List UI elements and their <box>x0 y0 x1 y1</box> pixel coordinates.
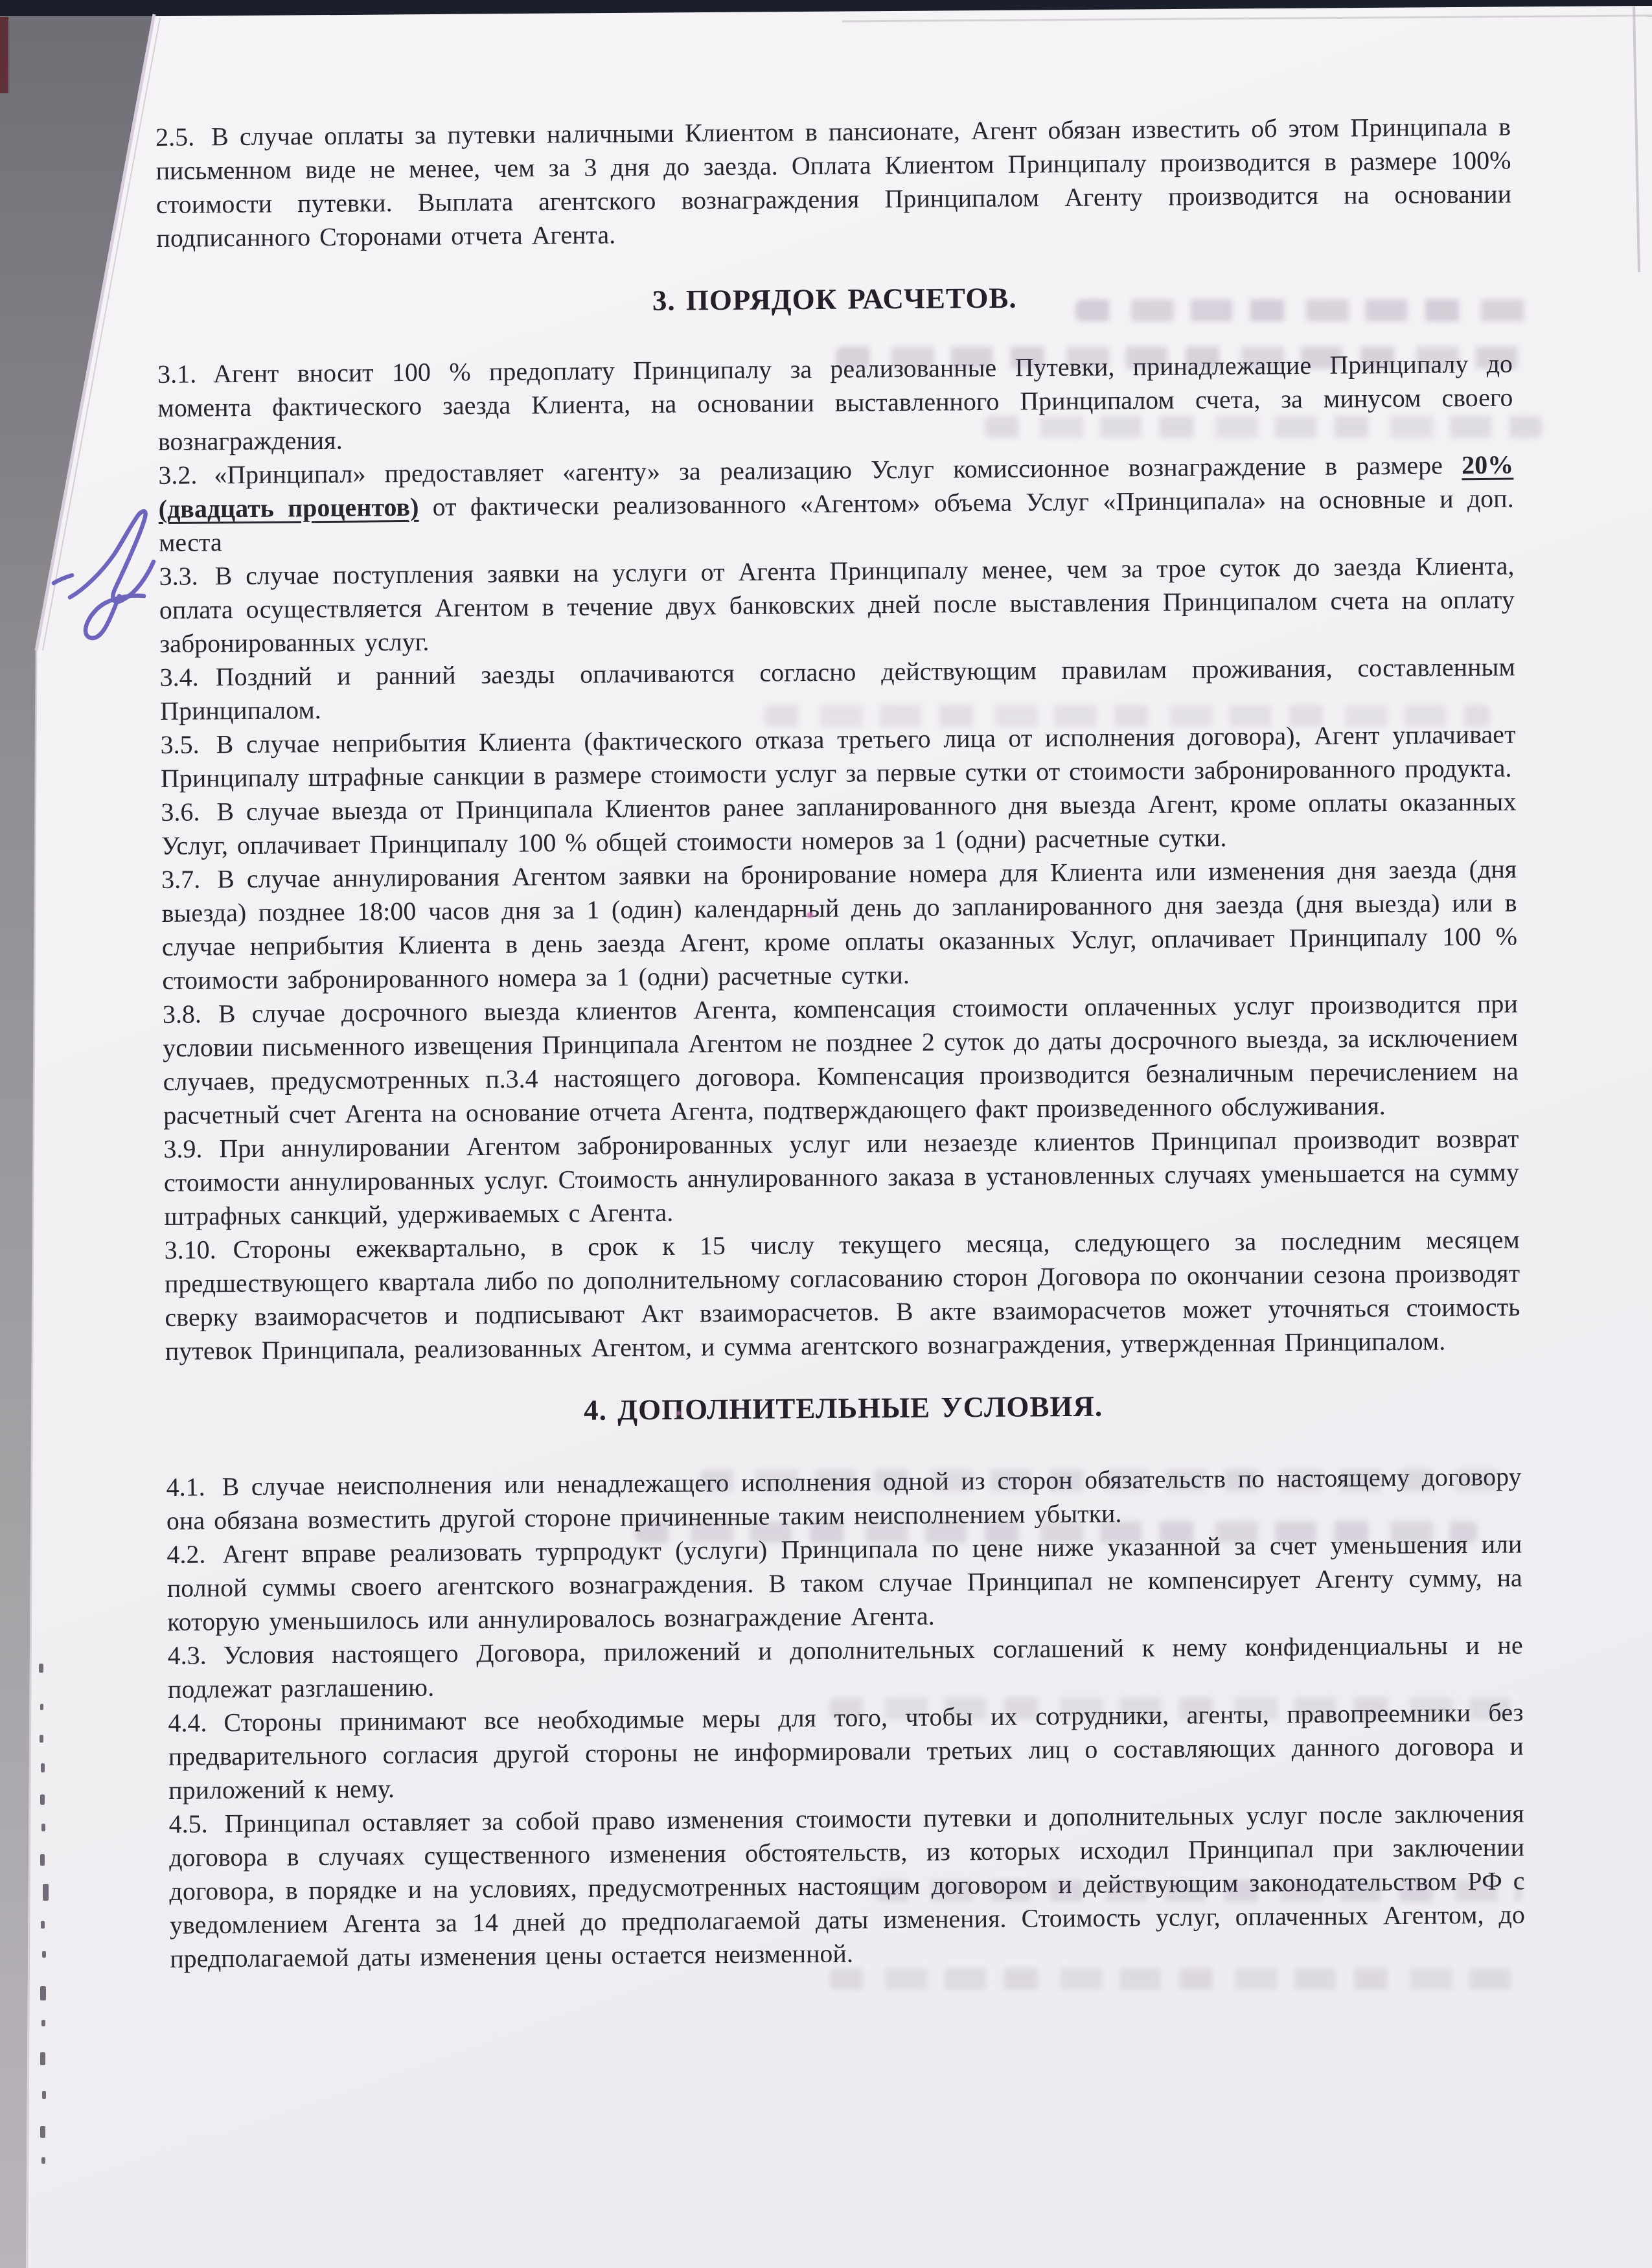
scanned-contract-page: { "doc": { "p25": { "num": "2.5.", "text… <box>0 0 1652 2268</box>
section-4-heading: 4. ДОПОЛНИТЕЛЬНЫЕ УСЛОВИЯ. <box>165 1386 1520 1430</box>
edge-text-fragment <box>40 2052 45 2065</box>
edge-text-fragment <box>40 1986 46 2000</box>
contract-text: 2.5.В случае оплаты за путевки наличными… <box>155 110 1525 1976</box>
edge-text-fragment <box>41 2020 45 2026</box>
clause-number: 4.3. <box>167 1640 206 1669</box>
clause-body: «Принципал» предоставляет «агенту» за ре… <box>214 450 1462 489</box>
clause-4-1: 4.1.В случае неисполнения или ненадлежащ… <box>166 1460 1522 1538</box>
clause-body: В случае аннулирования Агентом заявки на… <box>161 854 1517 995</box>
signature-main-stroke <box>70 511 154 602</box>
edge-text-fragment <box>40 1794 45 1805</box>
clause-body: Поздний и ранний заезды оплачиваются сог… <box>160 652 1515 726</box>
clause-3-1: 3.1.Агент вносит 100 % предоплату Принци… <box>157 347 1513 459</box>
clause-number: 4.4. <box>168 1708 207 1737</box>
clause-3-9: 3.9.При аннулировании Агентом заброниров… <box>163 1122 1519 1233</box>
clause-body: Агент вносит 100 % предоплату Принципалу… <box>157 349 1513 456</box>
edge-text-fragment <box>39 1664 43 1673</box>
edge-text-fragment <box>40 2126 45 2138</box>
clause-body: В случае оплаты за путевки наличными Кли… <box>155 112 1511 253</box>
clause-body: Агент вправе реализовать турпродукт (усл… <box>167 1529 1522 1636</box>
edge-text-fragment <box>41 1921 45 1929</box>
pink-ink-speck <box>807 912 813 918</box>
signature-loop-stroke <box>86 595 144 638</box>
edge-text-fragment <box>43 1884 49 1901</box>
clause-3-2: 3.2.«Принципал» предоставляет «агенту» з… <box>158 448 1514 560</box>
edge-text-fragment <box>40 1854 45 1866</box>
clause-number: 4.2. <box>166 1539 205 1568</box>
edge-text-fragment <box>42 2091 46 2099</box>
clause-number: 3.3. <box>159 562 198 591</box>
clause-number: 3.9. <box>163 1134 202 1163</box>
clause-4-3: 4.3.Условия настоящего Договора, приложе… <box>167 1628 1523 1706</box>
bleedthrough-streak <box>829 1968 1516 1990</box>
scan-corner-speck <box>0 17 8 93</box>
clause-3-4: 3.4.Поздний и ранний заезды оплачиваются… <box>160 650 1516 728</box>
edge-text-fragment <box>41 1763 45 1772</box>
clause-3-5: 3.5.В случае неприбытия Клиента (фактиче… <box>160 718 1516 796</box>
clause-number: 2.5. <box>155 122 194 152</box>
clause-number: 4.1. <box>166 1472 205 1501</box>
edge-text-fragment <box>40 1704 43 1710</box>
handwritten-signature <box>51 498 165 650</box>
clause-body: В случае неприбытия Клиента (фактическог… <box>161 720 1516 793</box>
clause-3-7: 3.7.В случае аннулирования Агентом заявк… <box>161 853 1518 998</box>
clause-4-2: 4.2.Агент вправе реализовать турпродукт … <box>166 1528 1522 1639</box>
clause-number: 3.7. <box>161 864 200 893</box>
signature-dash-stroke <box>54 575 72 583</box>
clause-number: 3.2. <box>158 461 197 490</box>
clause-body: Стороны принимают все необходимые меры д… <box>168 1697 1524 1804</box>
clause-4-5: 4.5.Принципал оставляет за собой право и… <box>168 1796 1525 1975</box>
pink-ink-speck <box>676 1411 681 1415</box>
section-3-heading: 3. ПОРЯДОК РАСЧЕТОВ. <box>157 277 1512 321</box>
clause-3-6: 3.6.В случае выезда от Принципала Клиент… <box>161 785 1517 863</box>
clause-3-10: 3.10.Стороны ежеквартально, в срок к 15 … <box>164 1223 1520 1368</box>
clause-3-3: 3.3.В случае поступления заявки на услуг… <box>159 549 1515 661</box>
clause-body: Стороны ежеквартально, в срок к 15 числу… <box>165 1225 1520 1366</box>
clause-number: 3.10. <box>165 1235 216 1265</box>
clause-body: В случае поступления заявки на услуги от… <box>159 551 1515 658</box>
clause-number: 4.5. <box>168 1809 207 1838</box>
clause-body: Условия настоящего Договора, приложений … <box>168 1630 1523 1703</box>
edge-text-fragment <box>40 1735 43 1743</box>
clause-number: 3.1. <box>157 360 196 389</box>
clause-body: В случае досрочного выезда клиентов Аген… <box>163 989 1519 1130</box>
edge-text-fragment <box>41 2157 45 2164</box>
clause-body: Принципал оставляет за собой право измен… <box>169 1798 1525 1973</box>
clause-number: 3.4. <box>160 663 199 692</box>
clause-number: 3.8. <box>163 999 201 1028</box>
clause-2-5: 2.5.В случае оплаты за путевки наличными… <box>155 110 1512 255</box>
edge-text-fragment <box>42 1951 46 1958</box>
clause-body: В случае выезда от Принципала Клиентов р… <box>161 787 1517 860</box>
clause-4-4: 4.4.Стороны принимают все необходимые ме… <box>168 1695 1524 1807</box>
clause-body: В случае неисполнения или ненадлежащего … <box>166 1462 1522 1535</box>
clause-body: При аннулировании Агентом забронированны… <box>164 1124 1519 1231</box>
clause-number: 3.5. <box>160 729 199 759</box>
edge-text-fragment <box>41 1824 45 1831</box>
clause-3-8: 3.8.В случае досрочного выезда клиентов … <box>163 987 1519 1132</box>
clause-number: 3.6. <box>161 797 200 826</box>
